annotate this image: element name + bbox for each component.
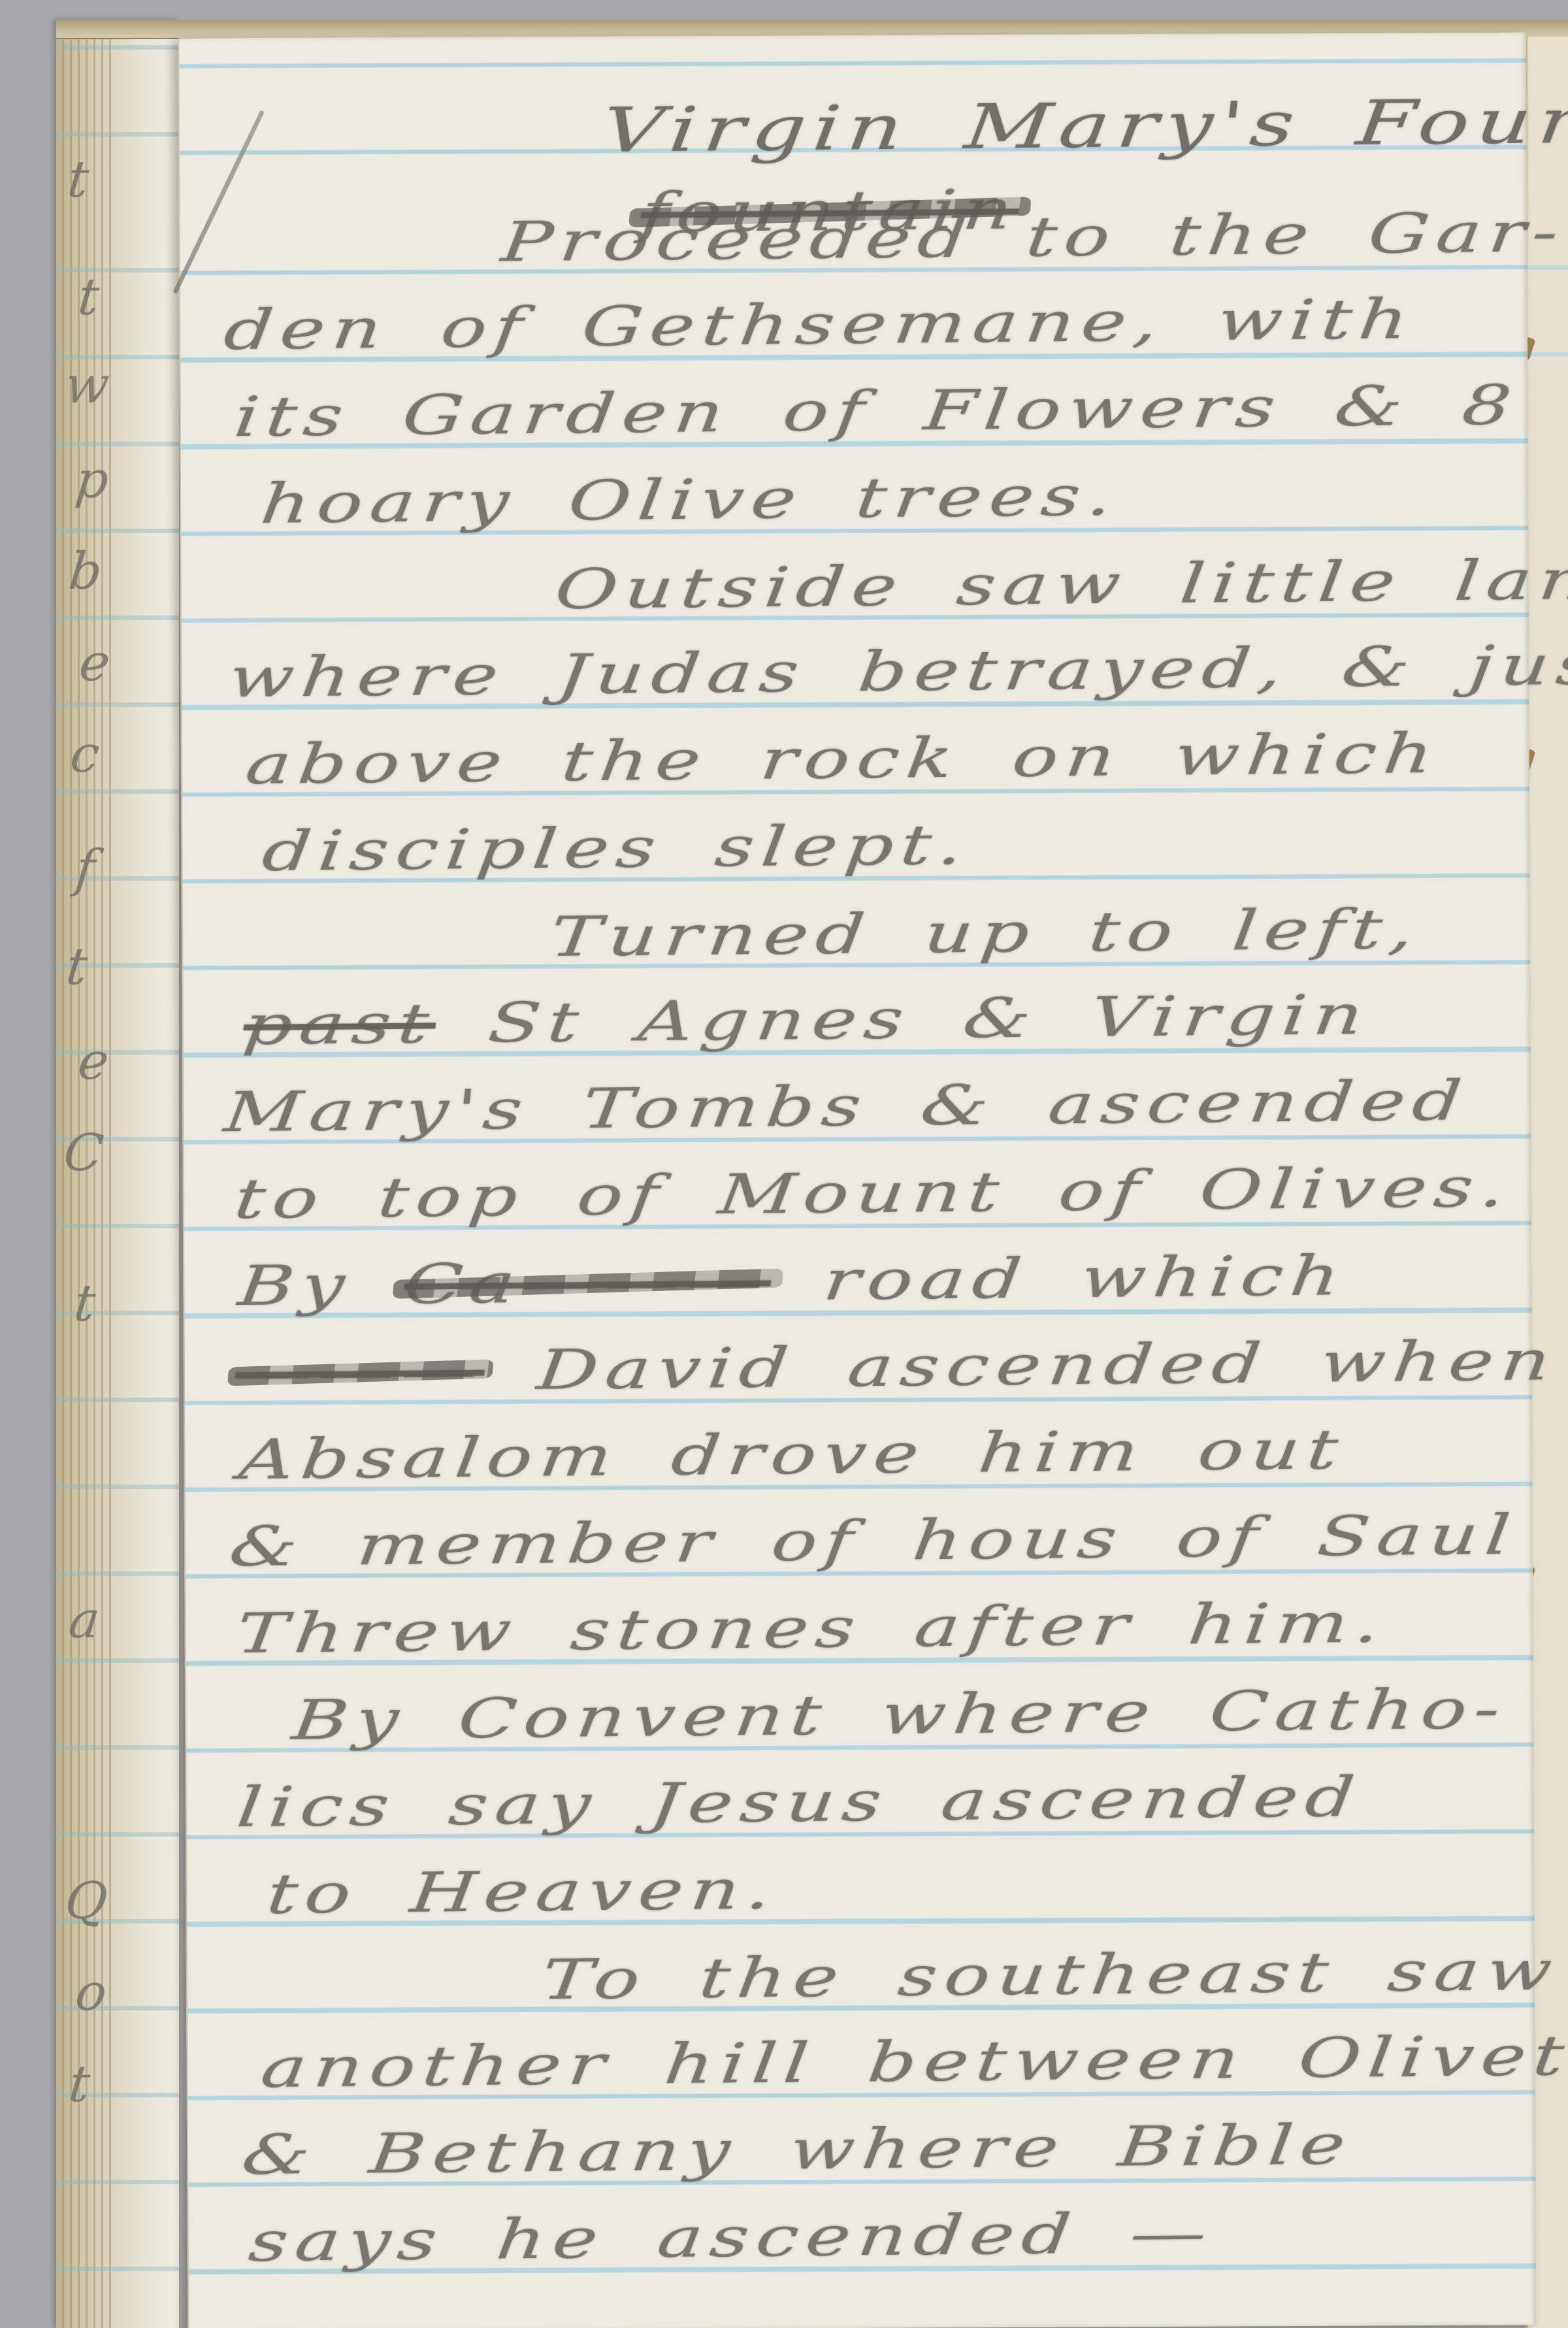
handwriting-line: where Judas betrayed, & just: [226, 637, 1568, 705]
handwriting-line: Absalom drove him out: [237, 1422, 1348, 1487]
ruled-line-fragment: [1527, 352, 1568, 357]
handwriting-line: to Heaven.: [265, 1862, 781, 1922]
underpage-letter: p: [73, 451, 111, 510]
handwriting-line: says he ascended —: [246, 2205, 1217, 2269]
handwriting-line: above the rock on which: [243, 726, 1443, 792]
handwriting-line: disciples slept.: [260, 817, 973, 879]
underpage-letter: C: [61, 1124, 106, 1183]
handwriting-line: lics say Jesus ascended: [235, 1769, 1364, 1835]
handwriting-line: Threw stones after him.: [234, 1596, 1390, 1662]
handwriting-line: den of Gethsemane, with: [221, 291, 1418, 357]
handwriting-line: its Garden of Flowers & 8: [232, 378, 1521, 445]
stray-slash-mark: [172, 110, 265, 294]
underpage-letter: a: [66, 1591, 103, 1650]
handwriting-line: past St Agnes & Virgin: [241, 987, 1373, 1053]
handwriting-line: another hill between Olivet: [259, 2028, 1568, 2095]
scanned-notebook-photo: { "notebook": { "heading": { "text": "Vi…: [0, 0, 1568, 2328]
handwriting-line: Mary's Tombs & ascended: [221, 1073, 1471, 1139]
handwriting-line: to top of Mount of Olives.: [232, 1160, 1514, 1226]
handwriting-line: ——— David ascended when: [233, 1333, 1560, 1400]
underlying-pages-stack: t t w p b e c f t e C t a Q o t: [56, 20, 179, 2328]
underpage-letter: e: [76, 634, 113, 693]
handwriting-line: By Ca——— road which: [236, 1248, 1350, 1313]
underpage-letter: e: [75, 1032, 112, 1091]
handwriting-line: hoary Olive trees.: [258, 468, 1122, 531]
underpage-letter: o: [73, 1963, 109, 2022]
handwriting-line: Turned up to left,: [547, 901, 1424, 964]
handwriting-line: & Bethany where Bible: [239, 2117, 1355, 2182]
handwriting-line: & member of hous of Saul: [227, 1507, 1520, 1575]
underpage-letter: Q: [62, 1872, 110, 1931]
handwriting-line: Proceeded to the Gar-: [499, 205, 1568, 269]
ruled-line-fragment: [1527, 265, 1568, 270]
notebook-page: Virgin Mary's Fountain. fountain Proceed…: [178, 32, 1536, 2328]
underpage-letter: w: [62, 356, 112, 415]
handwriting-line: Outside saw little lane: [553, 551, 1568, 617]
handwriting-line: To the southeast saw: [539, 1943, 1561, 2007]
handwriting-line: By Convent where Catho-: [289, 1681, 1510, 1748]
underpage-letter: b: [66, 542, 105, 601]
